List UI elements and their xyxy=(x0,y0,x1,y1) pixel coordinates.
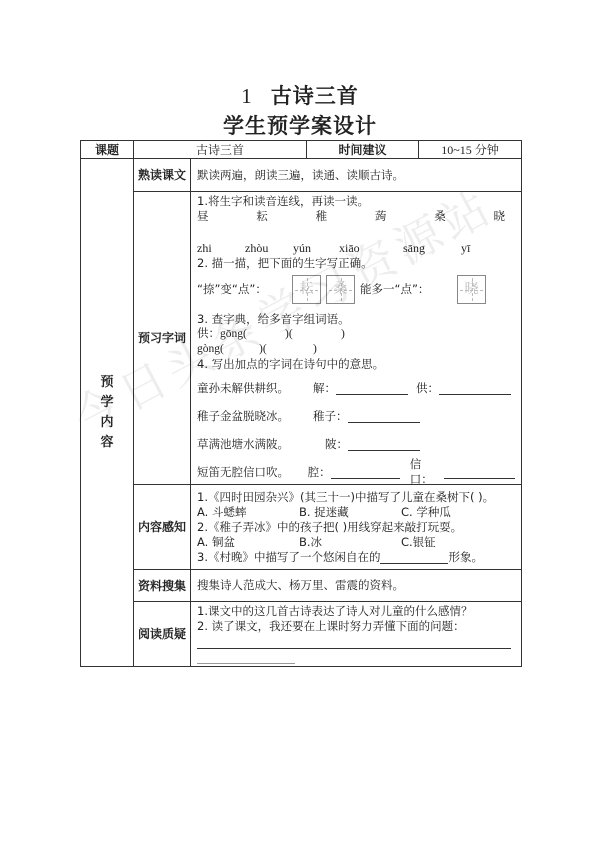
polyphone-line1: 供：gōng( )( ) xyxy=(197,327,515,342)
vocab-q3: 3. 查字典，给多音字组词语。 xyxy=(197,312,515,327)
content-row: 内容感知 1.《四时田园杂兴》(其三十一)中描写了儿童在桑树下( )。 A. 斗… xyxy=(81,485,522,570)
pinyin-row: zhi zhòu yún xiāo sāng yī xyxy=(197,241,515,256)
lesson-title: 1古诗三首 xyxy=(0,80,600,110)
questions-label: 阅读质疑 xyxy=(134,602,191,667)
lesson-title-text: 古诗三首 xyxy=(271,84,359,108)
vocab-q4: 4. 写出加点的字词在诗句中的意思。 xyxy=(197,357,515,372)
character-row: 昼 耘 稚 蒟 桑 晓 xyxy=(197,209,515,224)
answer-blank[interactable] xyxy=(331,466,400,479)
content-q2-options: A. 铜盆 B.冰 C.银钲 xyxy=(197,535,515,550)
research-row: 资料搜集 搜集诗人范成大、杨万里、雷震的资料。 xyxy=(81,570,522,602)
questions-q2: 2. 读了课文，我还要在上课时努力弄懂下面的问题： xyxy=(197,619,515,634)
time-value: 10~15 分钟 xyxy=(419,141,522,159)
trace-box[interactable]: 晓 xyxy=(457,275,486,304)
polyphone-line2: gòng( )( ) xyxy=(197,342,515,357)
questions-q1: 1.课文中的这几首古诗表达了诗人对儿童的什么感情？ xyxy=(197,604,515,619)
preview-table: 课题 古诗三首 时间建议 10~15 分钟 预 学 内 容 熟读课文 默读两遍，… xyxy=(80,140,522,667)
topic-label: 课题 xyxy=(81,141,134,159)
content-q1-options: A. 斗蟋蟀 B. 捉迷藏 C. 学种瓜 xyxy=(197,505,515,520)
research-label: 资料搜集 xyxy=(134,570,191,602)
vocab-q2: 2. 描一描，把下面的生字写正确。 xyxy=(197,256,515,271)
reading-label: 熟读课文 xyxy=(134,159,191,192)
answer-blank[interactable] xyxy=(444,466,515,479)
answer-line[interactable] xyxy=(197,636,511,649)
trace-box[interactable]: 桑 xyxy=(326,275,355,304)
research-text: 搜集诗人范成大、杨万里、雷震的资料。 xyxy=(191,570,522,602)
time-label: 时间建议 xyxy=(307,141,419,159)
reading-text: 默读两遍，朗读三遍，读通、读顺古诗。 xyxy=(191,159,522,192)
questions-row: 阅读质疑 1.课文中的这几首古诗表达了诗人对儿童的什么感情？ 2. 读了课文，我… xyxy=(81,602,522,667)
trace-row: “捺”变“点”： 耘 桑 能多一“点”： 晓 xyxy=(197,275,515,304)
topic-value: 古诗三首 xyxy=(134,141,307,159)
lesson-number: 1 xyxy=(241,84,253,108)
content-body: 1.《四时田园杂兴》(其三十一)中描写了儿童在桑树下( )。 A. 斗蟋蟀 B.… xyxy=(191,485,522,570)
vocab-label: 预习字词 xyxy=(134,192,191,485)
questions-body: 1.课文中的这几首古诗表达了诗人对儿童的什么感情？ 2. 读了课文，我还要在上课… xyxy=(191,602,522,667)
section-label: 预 学 内 容 xyxy=(81,159,134,667)
meaning-item: 短笛无腔信口吹。 腔： 信口： xyxy=(197,462,515,482)
answer-line[interactable] xyxy=(197,651,295,664)
page-subtitle: 学生预学案设计 xyxy=(0,110,600,140)
answer-blank[interactable] xyxy=(348,438,420,451)
meaning-item: 草满池塘水满陂。 陂： xyxy=(197,434,515,454)
trace-box[interactable]: 耘 xyxy=(292,275,321,304)
meaning-item: 稚子金盆脱晓冰。 稚子： xyxy=(197,406,515,426)
answer-blank[interactable] xyxy=(380,551,448,564)
header-row: 课题 古诗三首 时间建议 10~15 分钟 xyxy=(81,141,522,159)
answer-blank[interactable] xyxy=(348,410,420,423)
reading-row: 预 学 内 容 熟读课文 默读两遍，朗读三遍，读通、读顺古诗。 xyxy=(81,159,522,192)
vocab-q1: 1.将生字和读音连线，再读一读。 xyxy=(197,194,515,209)
vocab-row: 预习字词 1.将生字和读音连线，再读一读。 昼 耘 稚 蒟 桑 晓 zhi zh… xyxy=(81,192,522,485)
content-q2: 2.《稚子弄冰》中的孩子把( )用线穿起来敲打玩耍。 xyxy=(197,520,515,535)
answer-blank[interactable] xyxy=(439,382,511,395)
vocab-content: 1.将生字和读音连线，再读一读。 昼 耘 稚 蒟 桑 晓 zhi zhòu yú… xyxy=(191,192,522,485)
meaning-item: 童孙未解供耕织。 解： 供： xyxy=(197,378,515,398)
content-label: 内容感知 xyxy=(134,485,191,570)
answer-blank[interactable] xyxy=(336,382,408,395)
content-q1: 1.《四时田园杂兴》(其三十一)中描写了儿童在桑树下( )。 xyxy=(197,490,515,505)
content-q3: 3.《村晚》中描写了一个悠闲自在的 形象。 xyxy=(197,550,515,565)
